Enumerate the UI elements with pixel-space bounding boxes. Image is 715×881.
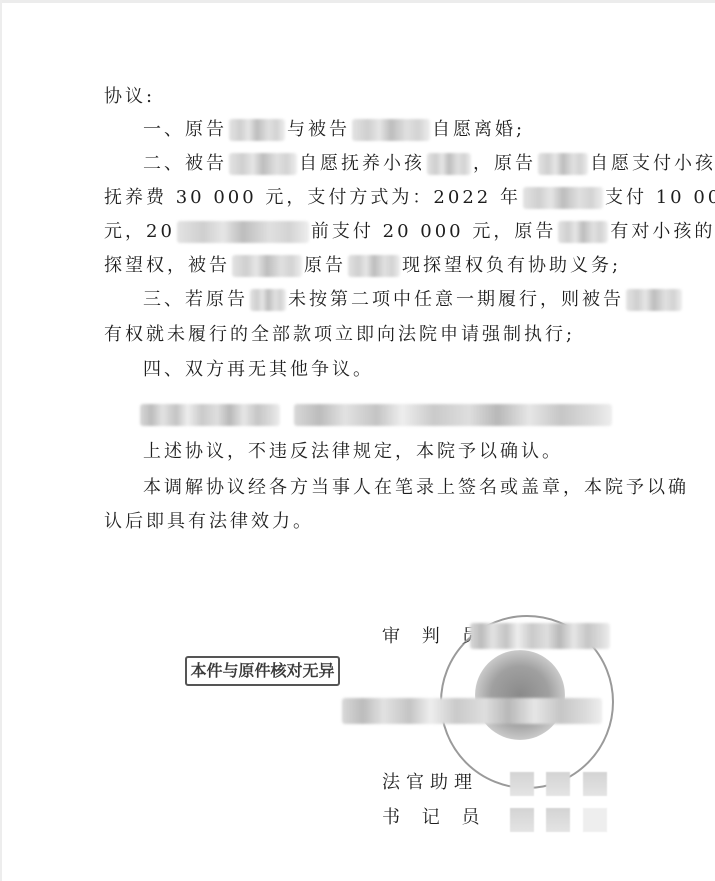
text: 一、原告 — [143, 119, 227, 140]
agreement-heading: 协议: — [104, 85, 155, 109]
redacted-defendant — [626, 289, 682, 311]
redacted-plaintiff — [538, 153, 588, 175]
text: 三、若原告 — [143, 289, 248, 310]
redacted-paragraph-part-2 — [294, 404, 612, 426]
text: 本调解协议经各方当事人在笔录上签名或盖章，本院予以确 — [143, 477, 689, 498]
redacted-plaintiff — [348, 255, 400, 277]
redacted-plaintiff — [558, 221, 608, 243]
text: ，原告 — [473, 153, 536, 174]
text: 探望权，被告 — [104, 255, 230, 276]
item-3-line-2: 有权就未履行的全部款项立即向法院申请强制执行; — [104, 323, 575, 347]
item-2-line-2: 抚养费 30 000 元，支付方式为：2022 年支付 10 000 — [104, 186, 715, 210]
text: 认后即具有法律效力。 — [104, 511, 314, 532]
text: 有权就未履行的全部款项立即向法院申请强制执行; — [104, 324, 575, 345]
text: 前支付 20 000 元，原告 — [311, 221, 556, 242]
redacted-paragraph-part-1 — [140, 404, 280, 426]
text: 自愿抚养小孩 — [299, 153, 425, 174]
page-edge-top — [0, 0, 715, 3]
assistant-name-redacted — [546, 772, 570, 796]
text: 支付 10 000 — [605, 187, 715, 208]
text: 未按第二项中任意一期履行，则被告 — [288, 289, 624, 310]
item-3-line-1: 三、若原告未按第二项中任意一期履行，则被告 — [143, 288, 684, 312]
effect-line-1: 本调解协议经各方当事人在笔录上签名或盖章，本院予以确 — [143, 476, 689, 500]
redacted-defendant — [352, 119, 430, 141]
text: 自愿支付小孩 — [590, 153, 715, 174]
stamp-text: 本件与原件核对无异 — [190, 661, 334, 680]
assistant-name-redacted — [510, 772, 534, 796]
assistant-name-redacted — [583, 772, 607, 796]
redacted-child — [427, 153, 471, 175]
clerk-name-redacted — [510, 808, 534, 832]
redacted-defendant — [229, 153, 297, 175]
page-edge-left — [0, 0, 2, 881]
effect-line-2: 认后即具有法律效力。 — [104, 510, 314, 534]
redacted-date — [523, 187, 603, 209]
text: 与被告 — [287, 119, 350, 140]
confirmation-line: 上述协议，不违反法律规定，本院予以确认。 — [143, 440, 563, 464]
item-2-line-4: 探望权，被告原告现探望权负有协助义务; — [104, 254, 621, 278]
text: 原告 — [304, 255, 346, 276]
item-1-line-1: 一、原告与被告自愿离婚; — [143, 118, 525, 142]
text: 上述协议，不违反法律规定，本院予以确认。 — [143, 441, 563, 462]
clerk-name-redacted — [546, 808, 570, 832]
text: 自愿离婚; — [432, 119, 525, 140]
item-4-line-1: 四、双方再无其他争议。 — [143, 358, 374, 382]
text: 元，20 — [104, 221, 175, 242]
verification-stamp: 本件与原件核对无异 — [185, 656, 340, 686]
text: 现探望权负有协助义务; — [402, 255, 621, 276]
date-redacted — [342, 698, 602, 724]
redacted-plaintiff — [250, 289, 286, 311]
text: 有对小孩的 — [610, 221, 715, 242]
national-emblem-icon — [475, 650, 565, 740]
judge-name-redacted — [470, 623, 610, 649]
item-2-line-3: 元，20前支付 20 000 元，原告有对小孩的 — [104, 220, 715, 244]
clerk-label: 书 记 员 — [382, 806, 487, 830]
item-2-line-1: 二、被告自愿抚养小孩，原告自愿支付小孩 — [143, 152, 715, 176]
text: 二、被告 — [143, 153, 227, 174]
clerk-name-redacted — [583, 808, 607, 832]
redacted-plaintiff — [229, 119, 285, 141]
heading-text: 协议: — [104, 86, 155, 107]
text: 四、双方再无其他争议。 — [143, 359, 374, 380]
assistant-label: 法官助理 — [382, 771, 478, 795]
redacted-date — [177, 221, 309, 243]
redacted-defendant — [232, 255, 302, 277]
text: 抚养费 30 000 元，支付方式为：2022 年 — [104, 187, 521, 208]
